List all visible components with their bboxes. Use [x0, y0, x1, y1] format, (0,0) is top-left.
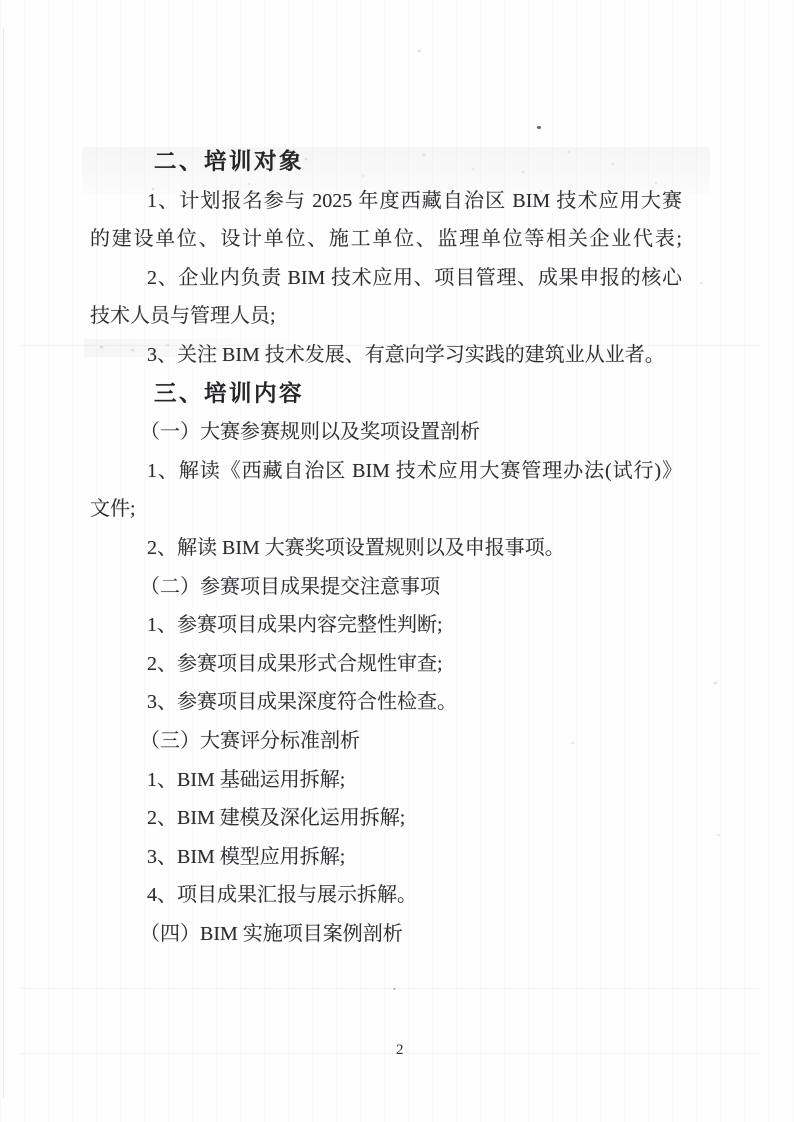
section-heading-training-targets: 二、培训对象	[90, 143, 682, 182]
sub-heading: （四）BIM 实施项目案例剖析	[90, 915, 682, 954]
doc-line: 2、解读 BIM 大赛奖项设置规则以及申报事项。	[90, 529, 682, 568]
section-heading-training-content: 三、培训内容	[90, 375, 682, 414]
doc-line: 文件;	[90, 490, 682, 529]
scan-artifact-line	[20, 1053, 760, 1054]
doc-line: 3、BIM 模型应用拆解;	[90, 838, 682, 877]
scan-edge-line	[3, 28, 4, 1098]
doc-line: 的建设单位、设计单位、施工单位、监理单位等相关企业代表;	[90, 220, 682, 259]
doc-line: 2、BIM 建模及深化运用拆解;	[90, 799, 682, 838]
ink-dot-artifact	[537, 126, 541, 129]
gray-speckle-noise	[0, 0, 3, 2]
scanned-document-page: 二、培训对象 1、计划报名参与 2025 年度西藏自治区 BIM 技术应用大赛 …	[0, 0, 794, 1122]
page-number: 2	[396, 1042, 404, 1059]
sub-heading: （三）大赛评分标准剖析	[90, 722, 682, 761]
sub-heading: （一）大赛参赛规则以及奖项设置剖析	[90, 413, 682, 452]
document-body: 二、培训对象 1、计划报名参与 2025 年度西藏自治区 BIM 技术应用大赛 …	[90, 143, 682, 953]
doc-line: 1、参赛项目成果内容完整性判断;	[90, 606, 682, 645]
doc-line: 2、参赛项目成果形式合规性审查;	[90, 645, 682, 684]
doc-line: 1、计划报名参与 2025 年度西藏自治区 BIM 技术应用大赛	[90, 182, 682, 221]
doc-line: 3、关注 BIM 技术发展、有意向学习实践的建筑业从业者。	[90, 336, 682, 375]
doc-line: 3、参赛项目成果深度符合性检查。	[90, 683, 682, 722]
ink-dot-artifact	[393, 988, 396, 990]
sub-heading: （二）参赛项目成果提交注意事项	[90, 568, 682, 607]
doc-line: 技术人员与管理人员;	[90, 297, 682, 336]
doc-line: 2、企业内负责 BIM 技术应用、项目管理、成果申报的核心	[90, 259, 682, 298]
doc-line: 4、项目成果汇报与展示拆解。	[90, 876, 682, 915]
scan-artifact-line	[20, 988, 760, 989]
doc-line: 1、解读《西藏自治区 BIM 技术应用大赛管理办法(试行)》	[90, 452, 682, 491]
doc-line: 1、BIM 基础运用拆解;	[90, 761, 682, 800]
